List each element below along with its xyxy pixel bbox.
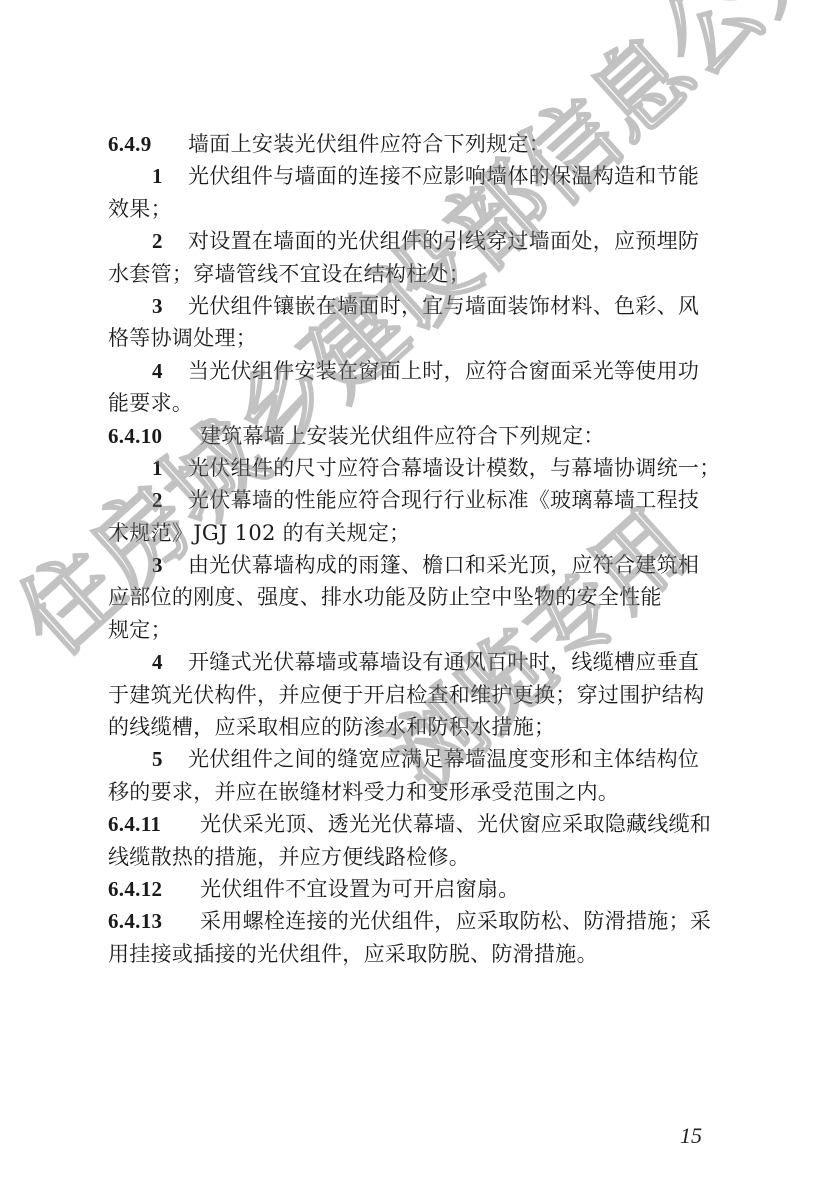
item-text: 光伏组件镶嵌在墙面时，宜与墙面装饰材料、色彩、风	[188, 294, 699, 318]
item-number: 1	[152, 160, 188, 192]
list-item: 2光伏幕墙的性能应符合现行行业标准《玻璃幕墙工程技	[108, 484, 720, 516]
clause-number: 6.4.11	[108, 808, 200, 840]
clause-heading-text: 墙面上安装光伏组件应符合下列规定：	[188, 132, 550, 156]
item-continuation: 移的要求，并应在嵌缝材料受力和变形承受范围之内。	[108, 776, 720, 808]
clause-number: 6.4.10	[108, 420, 200, 452]
list-item: 3光伏组件镶嵌在墙面时，宜与墙面装饰材料、色彩、风	[108, 290, 720, 322]
clause-heading-text: 建筑幕墙上安装光伏组件应符合下列规定：	[200, 424, 605, 448]
item-number: 4	[152, 646, 188, 678]
list-item: 4开缝式光伏幕墙或幕墙设有通风百叶时，线缆槽应垂直	[108, 646, 720, 678]
clause-continuation: 用挂接或插接的光伏组件，应采取防脱、防滑措施。	[108, 938, 720, 970]
clause-continuation: 线缆散热的措施，并应方便线路检修。	[108, 841, 720, 873]
document-page: 6.4.9墙面上安装光伏组件应符合下列规定： 1光伏组件与墙面的连接不应影响墙体…	[0, 0, 828, 1198]
clause-number: 6.4.9	[108, 128, 188, 160]
item-continuation: 的线缆槽，应采取相应的防渗水和防积水措施；	[108, 711, 720, 743]
item-continuation: 水套管；穿墙管线不宜设在结构柱处；	[108, 258, 720, 290]
item-continuation: 能要求。	[108, 387, 720, 419]
item-text: 当光伏组件安装在窗面上时，应符合窗面采光等使用功	[188, 359, 699, 383]
clause-heading: 6.4.11光伏采光顶、透光光伏幕墙、光伏窗应采取隐藏线缆和	[108, 808, 720, 840]
clause-number: 6.4.12	[108, 873, 200, 905]
clause-text: 光伏组件不宜设置为可开启窗扇。	[200, 877, 520, 901]
item-number: 3	[152, 290, 188, 322]
item-continuation: 术规范》JGJ 102 的有关规定；	[108, 517, 720, 549]
item-continuation: 效果；	[108, 193, 720, 225]
item-text: 对设置在墙面的光伏组件的引线穿过墙面处，应预埋防	[188, 229, 699, 253]
clause-text: 采用螺栓连接的光伏组件，应采取防松、防滑措施；采	[200, 909, 711, 933]
item-text: 光伏组件之间的缝宽应满足幕墙温度变形和主体结构位	[188, 747, 699, 771]
list-item: 1光伏组件的尺寸应符合幕墙设计模数，与幕墙协调统一；	[108, 452, 720, 484]
item-text: 光伏幕墙的性能应符合现行行业标准《玻璃幕墙工程技	[188, 488, 699, 512]
item-number: 5	[152, 743, 188, 775]
list-item: 4当光伏组件安装在窗面上时，应符合窗面采光等使用功	[108, 355, 720, 387]
clause-heading: 6.4.12光伏组件不宜设置为可开启窗扇。	[108, 873, 720, 905]
page-number: 15	[680, 1123, 702, 1149]
item-text: 开缝式光伏幕墙或幕墙设有通风百叶时，线缆槽应垂直	[188, 650, 699, 674]
clause-heading: 6.4.10建筑幕墙上安装光伏组件应符合下列规定：	[108, 420, 720, 452]
item-continuation: 规定；	[108, 614, 720, 646]
item-number: 1	[152, 452, 188, 484]
item-number: 2	[152, 225, 188, 257]
clause-text: 光伏采光顶、透光光伏幕墙、光伏窗应采取隐藏线缆和	[200, 812, 711, 836]
item-continuation: 格等协调处理；	[108, 322, 720, 354]
clause-heading: 6.4.9墙面上安装光伏组件应符合下列规定：	[108, 128, 720, 160]
list-item: 3由光伏幕墙构成的雨篷、檐口和采光顶，应符合建筑相	[108, 549, 720, 581]
list-item: 2对设置在墙面的光伏组件的引线穿过墙面处，应预埋防	[108, 225, 720, 257]
clause-number: 6.4.13	[108, 905, 200, 937]
item-text: 光伏组件与墙面的连接不应影响墙体的保温构造和节能	[188, 164, 699, 188]
item-number: 4	[152, 355, 188, 387]
item-continuation: 应部位的刚度、强度、排水功能及防止空中坠物的安全性能	[108, 581, 720, 613]
list-item: 1光伏组件与墙面的连接不应影响墙体的保温构造和节能	[108, 160, 720, 192]
list-item: 5光伏组件之间的缝宽应满足幕墙温度变形和主体结构位	[108, 743, 720, 775]
document-body: 6.4.9墙面上安装光伏组件应符合下列规定： 1光伏组件与墙面的连接不应影响墙体…	[108, 128, 720, 970]
item-number: 3	[152, 549, 188, 581]
item-number: 2	[152, 484, 188, 516]
item-text: 光伏组件的尺寸应符合幕墙设计模数，与幕墙协调统一；	[188, 456, 721, 480]
clause-heading: 6.4.13采用螺栓连接的光伏组件，应采取防松、防滑措施；采	[108, 905, 720, 937]
item-text: 由光伏幕墙构成的雨篷、檐口和采光顶，应符合建筑相	[188, 553, 699, 577]
item-continuation: 于建筑光伏构件，并应便于开启检查和维护更换；穿过围护结构	[108, 679, 720, 711]
